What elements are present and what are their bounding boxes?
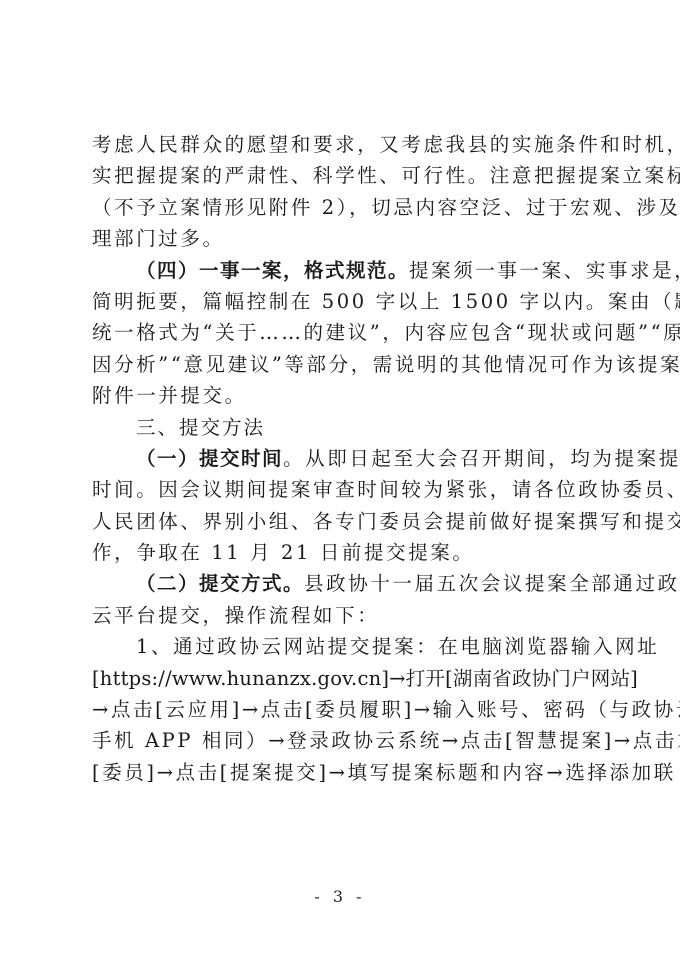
- sub-2-first-line: （二）提交方式。县政协十一届五次会议提案全部通过政协: [92, 568, 594, 599]
- paragraph-line: （不予立案情形见附件 2），切忌内容空泛、过于宏观、涉及办: [92, 192, 594, 223]
- section-4-title: （四）一事一案，格式规范。: [136, 259, 409, 282]
- sub-1-first-line: （一）提交时间。从即日起至大会召开期间，均为提案提交: [92, 443, 594, 474]
- section-heading-3: 三、提交方法: [92, 412, 594, 443]
- paragraph-line: 附件一并提交。: [92, 380, 594, 411]
- sub-2-text: 县政协十一届五次会议提案全部通过政协: [304, 572, 680, 595]
- paragraph-line: 手机 APP 相同）→登录政协云系统→点击[智慧提案]→点击左边: [92, 725, 594, 756]
- section-4-text: 提案须一事一案、实事求是，: [409, 259, 680, 282]
- section-4-first-line: （四）一事一案，格式规范。提案须一事一案、实事求是，: [92, 255, 594, 286]
- paragraph-line: [委员]→点击[提案提交]→填写提案标题和内容→选择添加联: [92, 757, 594, 788]
- sub-1-title: （一）提交时间: [136, 447, 283, 470]
- paragraph-line: 理部门过多。: [92, 223, 594, 254]
- paragraph-line: 因分析”“意见建议”等部分，需说明的其他情况可作为该提案: [92, 349, 594, 380]
- document-page: 考虑人民群众的愿望和要求，又考虑我县的实施条件和时机，切 实把握提案的严肃性、科…: [92, 129, 594, 788]
- paragraph-line: 云平台提交，操作流程如下：: [92, 600, 594, 631]
- step-1-first-line: 1、通过政协云网站提交提案：在电脑浏览器输入网址: [92, 631, 594, 662]
- paragraph-line: 简明扼要，篇幅控制在 500 字以上 1500 字以内。案由（题目）: [92, 286, 594, 317]
- paragraph-line: 人民团体、界别小组、各专门委员会提前做好提案撰写和提交工: [92, 506, 594, 537]
- sub-1-text: 。从即日起至大会召开期间，均为提案提交: [283, 447, 680, 470]
- paragraph-line: 作，争取在 11 月 21 日前提交提案。: [92, 537, 594, 568]
- page-number: - 3 -: [0, 887, 680, 906]
- step-1-url-line: [https://www.hunanzx.gov.cn]→打开[湖南省政协门户网…: [92, 663, 594, 694]
- paragraph-line: 时间。因会议期间提案审查时间较为紧张，请各位政协委员、各: [92, 474, 594, 505]
- paragraph-line: 实把握提案的严肃性、科学性、可行性。注意把握提案立案标准: [92, 160, 594, 191]
- paragraph-line: 考虑人民群众的愿望和要求，又考虑我县的实施条件和时机，切: [92, 129, 594, 160]
- paragraph-line: 统一格式为“关于……的建议”，内容应包含“现状或问题”“原: [92, 317, 594, 348]
- paragraph-line: →点击[云应用]→点击[委员履职]→输入账号、密码（与政协云: [92, 694, 594, 725]
- sub-2-title: （二）提交方式。: [136, 572, 304, 595]
